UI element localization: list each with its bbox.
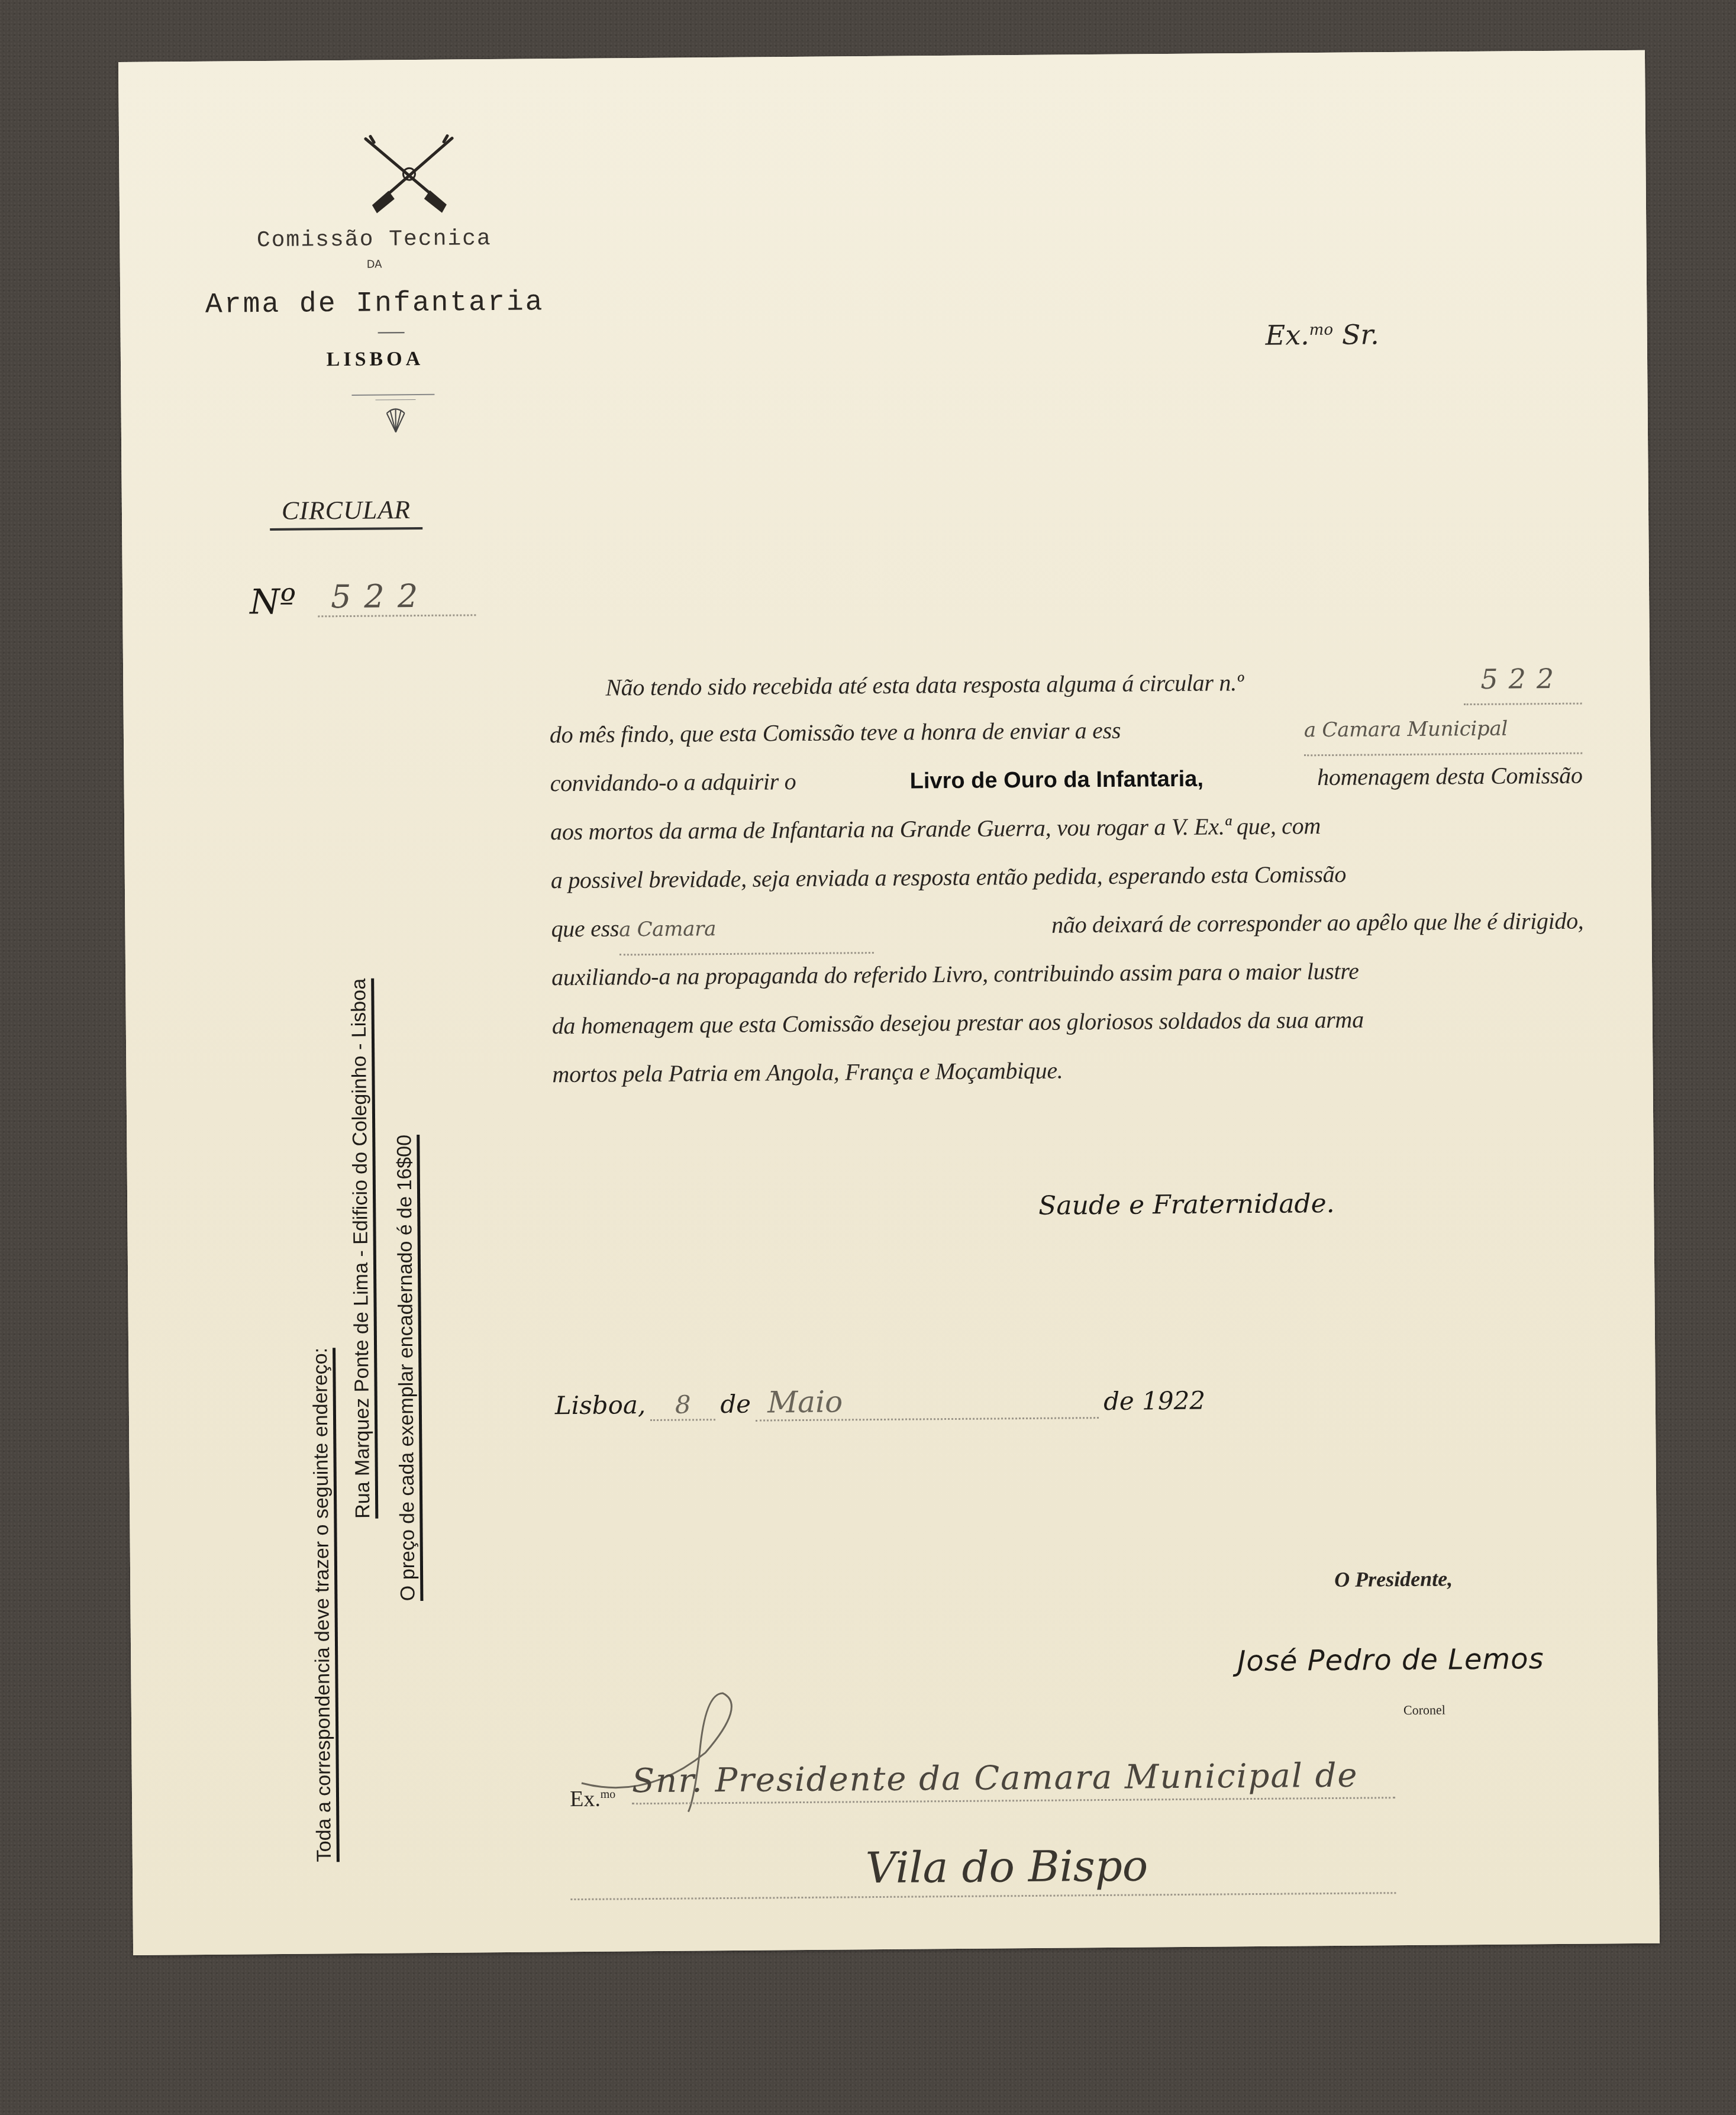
sidebar-notice-address: Rua Marquez Ponte de Lima - Edificio do … — [347, 979, 375, 1519]
body-text: auxiliando-a na propaganda do referido L… — [551, 947, 1359, 1002]
letterhead-divider — [351, 394, 434, 396]
signatory-name: José Pedro de Lemos — [1237, 1642, 1544, 1678]
body-line: convidando-o a adquirir o Livro de Ouro … — [550, 751, 1583, 808]
body-line: aos mortos da arma de Infantaria na Gran… — [550, 800, 1583, 857]
letterhead-da: DA — [209, 257, 540, 272]
body-text: não deixará de corresponder ao apêlo que… — [1051, 897, 1584, 950]
body-text: homenagem desta Comissão — [1317, 751, 1583, 802]
salutation: Ex.mo Sr. — [1265, 318, 1379, 351]
date-connector: de — [720, 1390, 751, 1419]
date-year: de 1922 — [1103, 1386, 1205, 1416]
body-text: do mês findo, que esta Comissão teve a h… — [550, 706, 1121, 760]
letter-sheet: Comissão Tecnica DA Arma de Infantaria L… — [118, 50, 1660, 1955]
book-title: Livro de Ouro da Infantaria, — [909, 755, 1203, 806]
body-line: Não tendo sido recebida até esta data re… — [549, 654, 1582, 711]
body-text: convidando-o a adquirir o — [550, 757, 796, 808]
salutation-superscript: mo — [1309, 321, 1334, 339]
sidebar-notice-correspondence: Toda a correspondencia deve trazer o seg… — [309, 1348, 336, 1862]
salutation-prefix: Ex. — [1265, 319, 1309, 351]
letter-body: Não tendo sido recebida até esta data re… — [549, 654, 1585, 1099]
body-text: Não tendo sido recebida até esta data re… — [605, 658, 1244, 712]
body-line: mortos pela Patria em Angola, França e M… — [552, 1042, 1585, 1099]
number-label: Nº — [250, 582, 296, 622]
closing-formula: Saude e Fraternidade. — [1038, 1189, 1335, 1221]
letterhead-divider — [375, 399, 415, 401]
handwritten-recipient-entity: a Camara — [619, 903, 874, 955]
addressee-line-2: Vila do Bispo — [570, 1839, 1396, 1900]
addressee-prefix-text: Ex. — [570, 1787, 601, 1812]
body-text: mortos pela Patria em Angola, França e M… — [552, 1047, 1063, 1099]
body-fragment: que essa Camara — [551, 902, 873, 956]
handwritten-recipient-entity: a Camara Municipal — [1304, 704, 1583, 757]
body-text: que ess — [551, 915, 619, 942]
letterhead-commission: Comissão Tecnica — [208, 225, 540, 253]
body-text: aos mortos da arma de Infantaria na Gran… — [550, 802, 1321, 856]
sidebar-notice-text: Rua Marquez Ponte de Lima - Edificio do … — [347, 979, 378, 1519]
sidebar-notice-text: O preço de cada exemplar encadernado é d… — [393, 1135, 423, 1601]
signatory-role: O Presidente, — [1334, 1566, 1453, 1592]
body-text: a possivel brevidade, seja enviada a res… — [551, 850, 1347, 905]
body-text: da homenagem que esta Comissão desejou p… — [551, 996, 1364, 1051]
handwritten-day: 8 — [650, 1390, 715, 1421]
addressee-line-1: Snr. Presidente da Camara Municipal de — [632, 1756, 1396, 1804]
date-line: Lisboa, 8 de Maio de 1922 — [555, 1382, 1206, 1423]
circular-heading: CIRCULAR — [270, 495, 422, 531]
signatory-rank: Coronel — [1403, 1702, 1445, 1718]
sidebar-notice-text: Toda a correspondencia deve trazer o seg… — [309, 1348, 340, 1862]
body-line: a possivel brevidade, seja enviada a res… — [551, 848, 1584, 905]
sidebar-notice-price: O preço de cada exemplar encadernado é d… — [393, 1135, 420, 1601]
body-line: da homenagem que esta Comissão desejou p… — [551, 994, 1585, 1051]
addressee-superscript: mo — [601, 1788, 616, 1801]
body-line: auxiliando-a na propaganda do referido L… — [551, 945, 1585, 1002]
body-line: do mês findo, que esta Comissão teve a h… — [550, 703, 1583, 760]
handwritten-month: Maio — [756, 1383, 1099, 1422]
addressee-prefix: Ex.mo — [570, 1785, 616, 1812]
letterhead-city: LISBOA — [209, 347, 541, 372]
crossed-rifles-icon — [353, 133, 466, 217]
letterhead-divider — [378, 332, 405, 333]
salutation-title: Sr. — [1342, 318, 1380, 350]
letterhead-arma: Arma de Infantaria — [179, 286, 570, 321]
body-line: que essa Camara não deixará de correspon… — [551, 897, 1584, 954]
handwritten-circular-number: 522 — [1463, 654, 1582, 706]
date-place: Lisboa, — [555, 1390, 646, 1420]
circular-number: 522 — [318, 577, 476, 617]
shell-ornament-icon — [385, 405, 407, 433]
